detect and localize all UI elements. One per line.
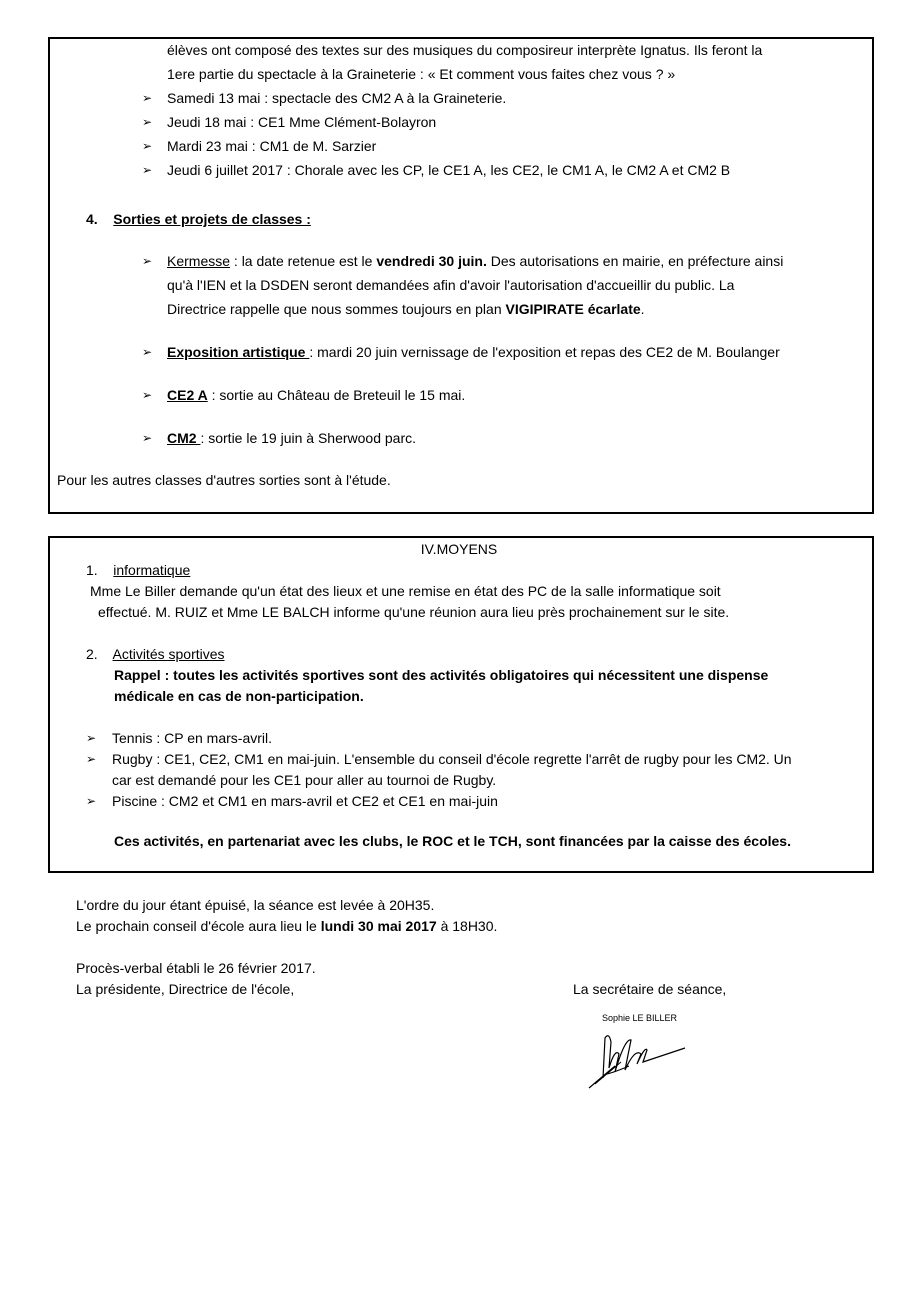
outings-number: 4. — [86, 211, 98, 227]
event-item: Jeudi 6 juillet 2017 : Chorale avec les … — [167, 160, 730, 180]
it-heading: 1. informatique — [86, 560, 190, 580]
secretary-name: Sophie LE BILLER — [602, 1008, 677, 1028]
exposition-item: Exposition artistique : mardi 20 juin ve… — [167, 342, 780, 362]
event-item: Samedi 13 mai : spectacle des CM2 A à la… — [167, 88, 506, 108]
president-signature-label: La présidente, Directrice de l'école, — [76, 979, 294, 999]
sport-item-rugby: Rugby : CE1, CE2, CM1 en mai-juin. L'ens… — [112, 749, 792, 769]
arrow-bullet-icon: ➢ — [86, 728, 96, 748]
closing-line-1: L'ordre du jour étant épuisé, la séance … — [76, 895, 434, 915]
kermesse-line-3: Directrice rappelle que nous sommes touj… — [167, 299, 645, 319]
sport-item-piscine: Piscine : CM2 et CM1 en mars-avril et CE… — [112, 791, 498, 811]
kermesse-line-1: Kermesse : la date retenue est le vendre… — [167, 251, 783, 271]
arrow-bullet-icon: ➢ — [142, 88, 152, 108]
sports-funding: Ces activités, en partenariat avec les c… — [114, 831, 791, 851]
cm2-item: CM2 : sortie le 19 juin à Sherwood parc. — [167, 428, 416, 448]
ce2a-item: CE2 A : sortie au Château de Breteuil le… — [167, 385, 465, 405]
it-line-1: Mme Le Biller demande qu'un état des lie… — [90, 581, 721, 601]
arrow-bullet-icon: ➢ — [142, 251, 152, 271]
outings-title: Sorties et projets de classes : — [113, 211, 311, 227]
arrow-bullet-icon: ➢ — [142, 136, 152, 156]
means-title: IV.MOYENS — [0, 539, 918, 559]
sport-item-rugby-cont: car est demandé pour les CE1 pour aller … — [112, 770, 496, 790]
arrow-bullet-icon: ➢ — [142, 342, 152, 362]
closing-line-2: Le prochain conseil d'école aura lieu le… — [76, 916, 497, 936]
event-item: Jeudi 18 mai : CE1 Mme Clément-Bolayron — [167, 112, 436, 132]
arrow-bullet-icon: ➢ — [142, 428, 152, 448]
secretary-signature-label: La secrétaire de séance, — [573, 979, 726, 999]
sports-heading: 2. Activités sportives — [86, 644, 225, 664]
kermesse-line-2: qu'à l'IEN et la DSDEN seront demandées … — [167, 275, 734, 295]
arrow-bullet-icon: ➢ — [142, 112, 152, 132]
arrow-bullet-icon: ➢ — [142, 160, 152, 180]
arrow-bullet-icon: ➢ — [142, 385, 152, 405]
it-line-2: effectué. M. RUIZ et Mme LE BALCH inform… — [98, 602, 729, 622]
events-continuation-line-1: élèves ont composé des textes sur des mu… — [167, 40, 762, 60]
sports-reminder-2: médicale en cas de non-participation. — [114, 686, 364, 706]
outings-heading: 4. Sorties et projets de classes : — [86, 209, 311, 229]
arrow-bullet-icon: ➢ — [86, 749, 96, 769]
signature-icon — [585, 1028, 695, 1094]
sport-item-tennis: Tennis : CP en mars-avril. — [112, 728, 272, 748]
arrow-bullet-icon: ➢ — [86, 791, 96, 811]
event-item: Mardi 23 mai : CM1 de M. Sarzier — [167, 136, 376, 156]
other-outings-note: Pour les autres classes d'autres sorties… — [57, 470, 391, 490]
minutes-date: Procès-verbal établi le 26 février 2017. — [76, 958, 316, 978]
events-continuation-line-2: 1ere partie du spectacle à la Graineteri… — [167, 64, 675, 84]
kermesse-label: Kermesse — [167, 253, 230, 269]
sports-reminder-1: Rappel : toutes les activités sportives … — [114, 665, 768, 685]
